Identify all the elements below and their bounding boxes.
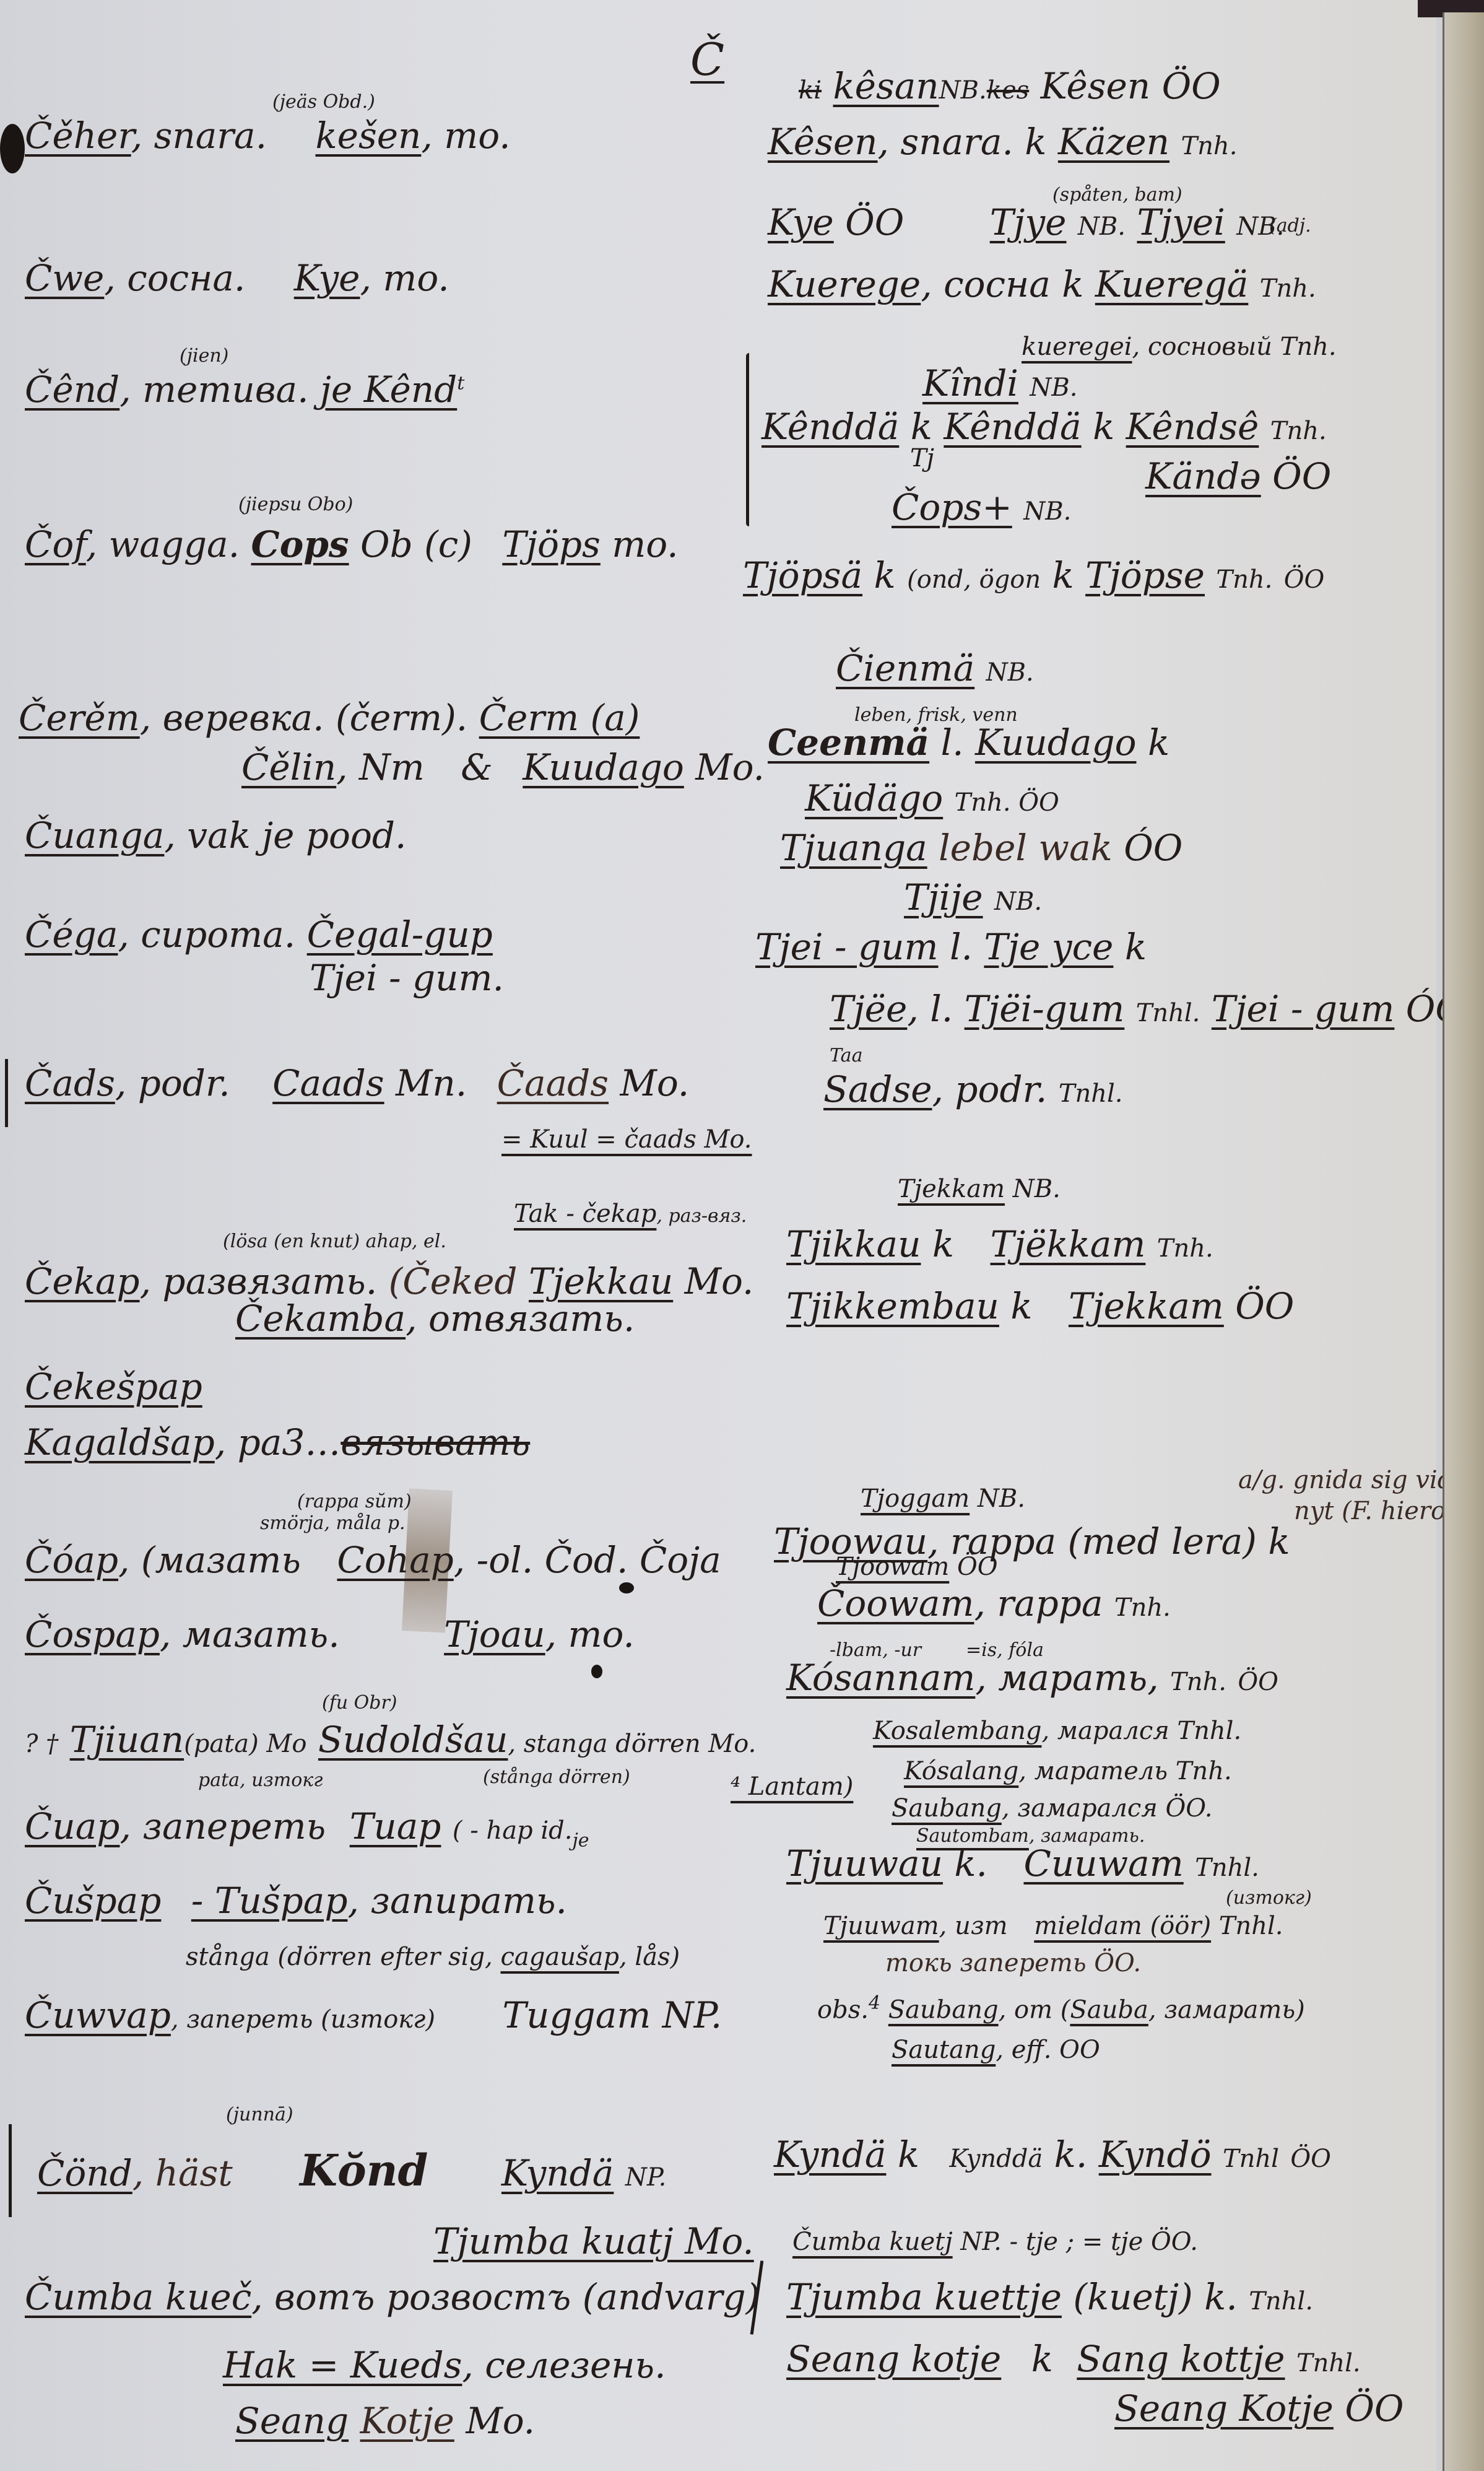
entry-hak-kueds: Hak = Kueds, селезень. <box>223 2347 666 2383</box>
gloss: , podr. <box>115 1062 230 1104</box>
conjunction: k. <box>1204 2276 1238 2318</box>
entry-seang-kotje: Seang Kotje Mo. <box>235 2403 535 2439</box>
entry-uanga: Čuanga, vak je pood. <box>25 817 406 853</box>
variant: Tjei - gum <box>1212 988 1395 1030</box>
headword: Čerěm <box>19 697 140 739</box>
entry-kuerege: Kuerege, сосна k Kueregä Tnh. <box>768 266 1316 302</box>
gloss: , тетива. <box>119 368 308 411</box>
gloss: , snara. <box>878 121 1013 163</box>
entry-saubang: Saubang, замарался ÖO. <box>892 1796 1212 1821</box>
conjunction: k. <box>1054 2133 1088 2176</box>
entry-coap: Čóap, (мазать Cohap, -ol. Čod. Čoja <box>25 1542 721 1578</box>
source: Tnh. <box>1170 1668 1226 1696</box>
source: Tnhl. <box>1059 1079 1123 1108</box>
source: mo. <box>612 523 678 565</box>
headword: Čönd <box>37 2152 132 2194</box>
variant: Čerm (a) <box>479 697 640 739</box>
source: Mo. <box>685 1260 754 1302</box>
variant: Kotje <box>360 2400 454 2442</box>
gloss: , маратель <box>1018 1757 1168 1785</box>
variant: - Tušpap <box>191 1880 348 1922</box>
variant: (Čeked <box>389 1260 518 1302</box>
entry-kenddak: Kênddä k Kênddä k Kêndsê Tnh. <box>762 409 1327 445</box>
annotation: (stånga dörren) <box>483 1768 630 1787</box>
gloss: (ond, ögon <box>907 565 1041 594</box>
variant: Tuggam <box>502 1994 651 2036</box>
gloss: , веревка. (čerm). <box>140 697 467 739</box>
headword: kêsan <box>833 65 939 107</box>
source: Mo. <box>466 2400 535 2442</box>
variant: Kyndä <box>501 2152 614 2194</box>
entry-seang-kotje-right: Seang kotje k Sang kottje Tnhl. <box>786 2341 1361 2377</box>
headword: Tjiuan <box>70 1719 184 1761</box>
entry-tjikkau: Tjikkau k Tjëkkam Tnh. <box>786 1226 1213 1262</box>
source: ÖO <box>845 201 904 243</box>
entry-kosannam: Kósannam, марать, Tnh. ÖO <box>786 1660 1278 1696</box>
annotation: ⁴ Lantam) <box>731 1774 853 1799</box>
gloss: lebel wak <box>939 827 1113 869</box>
source: Tnh. <box>1181 132 1237 160</box>
variant: Tjöpse <box>1085 554 1205 596</box>
gloss: , (мазать <box>118 1539 301 1581</box>
conjunction: k <box>1031 2338 1053 2380</box>
gloss: , l. <box>907 988 953 1030</box>
entry-sadse: Sadse, podr. Tnhl. <box>823 1071 1123 1107</box>
headword: Kêsen <box>768 121 878 163</box>
headword: Čělin <box>241 746 336 788</box>
gloss: , от ( <box>999 1995 1070 2024</box>
source: , mo. <box>421 115 510 157</box>
variant: Kueregä <box>1095 263 1249 305</box>
gloss: , snara. <box>131 115 267 157</box>
source: NP. <box>625 2163 667 2192</box>
headword: Seang kotje <box>786 2338 1001 2380</box>
entry-kandə: Kändə ÖO <box>1145 458 1331 494</box>
annotation: (jiepsu Obo) <box>238 495 353 514</box>
entry-tjee: Tjëe, l. Tjëi-gum Tnhl. Tjei - gum ÓO <box>830 991 1465 1027</box>
gloss: , отвязать. <box>406 1297 635 1340</box>
source: ÖO <box>1290 2145 1331 2173</box>
source: Tnhl. <box>1177 1717 1241 1745</box>
variant: Sauba <box>1070 1995 1148 2024</box>
variant: Tjëkkam <box>990 1223 1145 1265</box>
headword: Čekap <box>25 1260 140 1302</box>
headword: Tak - čekap <box>514 1200 656 1228</box>
gloss: , pa3… <box>215 1421 341 1463</box>
alternate: , -ol. Čod. Čoja <box>454 1539 721 1581</box>
entry-cekamba: Čekamba, отвязать. <box>235 1301 635 1336</box>
headword: Seang Kotje <box>1114 2387 1334 2430</box>
headword: Saubang <box>888 1995 999 2024</box>
entry-kindi: Kîndi NB. <box>922 365 1077 401</box>
variant: Čaads <box>497 1062 609 1104</box>
gloss: , запереть <box>119 1805 326 1847</box>
struck-text: ki <box>799 76 822 105</box>
headword: Tjekkam <box>898 1175 1005 1203</box>
source: NP. <box>662 1994 722 2036</box>
ink-blot <box>0 124 25 173</box>
source: Tnh. <box>1270 417 1327 445</box>
source: NB. <box>1013 1175 1061 1203</box>
entry-cienma: Čienmä NB. <box>836 650 1034 686</box>
source: Tnh. ÖO <box>955 788 1059 817</box>
variant: Kênddä <box>944 406 1081 448</box>
headword: Tjikkembau <box>786 1285 999 1327</box>
source: Tnh. <box>1216 565 1272 594</box>
entry-cumba-kuetj: Čumba kuetj NP. - tje ; = tje ÖO. <box>792 2229 1198 2254</box>
variant: Tjoau <box>444 1613 545 1655</box>
gloss: (kuetj) <box>1073 2276 1192 2318</box>
page-header-letter: Č <box>690 37 724 82</box>
book-page-edge <box>1443 12 1484 2471</box>
variant: Tjëi-gum <box>965 988 1125 1030</box>
variant: mieldam (öör) <box>1034 1912 1211 1940</box>
headword: Kósannam <box>786 1657 975 1699</box>
entry-kyndä: Kyndä k Kynddä k. Kyndö Tnhl ÖO <box>774 2137 1331 2172</box>
margin-bar <box>9 2124 12 2217</box>
subscript: je <box>572 1830 589 1852</box>
headword: Tjöpsä <box>743 554 862 596</box>
gloss: , сосна. <box>104 257 245 299</box>
alternate: , stanga dörren Mo. <box>508 1730 756 1758</box>
gloss: l. <box>941 721 964 764</box>
source: Tnhl. <box>1249 2287 1313 2316</box>
variant: Kye <box>294 257 360 299</box>
entry-kudago: Küdägo Tnh. ÖO <box>805 780 1059 816</box>
annotation: (jeäs Obd.) <box>272 93 375 111</box>
gloss: , вотъ розвостъ (andvarg) <box>251 2276 760 2318</box>
entry-tjuuwam-2: токь запереть ÖO. <box>885 1951 1141 1976</box>
headword: Čuap <box>25 1805 119 1847</box>
headword: Sadse <box>823 1068 932 1110</box>
conjunction: k <box>1062 263 1083 305</box>
source: NB. <box>1078 212 1126 241</box>
variant: Tuap <box>350 1805 441 1847</box>
conjunction: k <box>1125 926 1147 968</box>
entry-kueregei: kueregei, сосновый Tnh. <box>1022 334 1337 359</box>
annotation: pata, изтокг <box>198 1771 323 1790</box>
source: ÖO. <box>1165 1794 1212 1823</box>
variant: Sang kottje <box>1077 2338 1285 2380</box>
source: NB. <box>939 76 987 105</box>
source: ÖO <box>1284 565 1325 594</box>
headword: Čuanga <box>25 814 164 856</box>
entry-cospap: Čospap, мазать. Tjoau, mo. <box>25 1616 635 1652</box>
headword: Tjuuwau <box>786 1842 943 1885</box>
gloss: , марался <box>1041 1717 1169 1745</box>
ink-blot <box>619 1582 634 1593</box>
variant: Kŏnd <box>300 2145 428 2196</box>
variant: Kyndö <box>1099 2133 1212 2176</box>
gloss: , запереть (изтокг) <box>171 2005 435 2034</box>
entry-tjei-gum: Tjei - gum. <box>310 960 504 996</box>
source: NB. <box>1236 212 1284 241</box>
headword: Küdägo <box>805 777 943 819</box>
conjunction: k <box>1148 721 1169 764</box>
entry-sautang: Sautang, eff. OO <box>892 2037 1100 2062</box>
source: Tnh. <box>1280 333 1337 361</box>
source: NB. <box>986 658 1034 687</box>
gloss: , сирота. <box>118 913 295 956</box>
variant: Ob (c) <box>360 523 472 565</box>
conjunction: k <box>898 2133 919 2176</box>
source: , mo. <box>360 257 449 299</box>
variant: je Kênd <box>320 368 457 411</box>
superscript: 4 <box>869 1992 880 2014</box>
variant: Kêndsê <box>1126 406 1259 448</box>
variant: Cops <box>251 523 349 565</box>
gloss: , замарался <box>1002 1794 1158 1823</box>
variant: Kuudago <box>523 746 684 788</box>
headword: Tjumba kuettje <box>786 2276 1062 2318</box>
headword: Čumba kuetj <box>792 2228 953 2256</box>
entry-cekap: Čekap, развязать. (Čeked Tjekkau Mo. <box>25 1263 753 1299</box>
ampersand: & <box>461 746 493 788</box>
headword: Tjëe <box>830 988 907 1030</box>
source: , mo. <box>545 1613 635 1655</box>
conjunction: k <box>911 406 932 448</box>
alternate: , lås) <box>619 1943 680 1971</box>
entry-cof: Čof, wagga. Cops Ob (c) Tjöps mo. <box>25 526 679 562</box>
annotation: (junnā) <box>226 2106 293 2124</box>
gloss: , häst <box>132 2152 233 2194</box>
headword: Čušpap <box>25 1880 161 1922</box>
variant: Caads <box>272 1062 384 1104</box>
entry-obs-saubang: obs.4 Saubang, от (Sauba, замарать) <box>817 1994 1305 2022</box>
conjunction: k <box>1052 554 1074 596</box>
entry-kye: Kye ÖO Tjye NB. Tjyei NB. <box>768 204 1284 240</box>
gloss: , podr. <box>932 1068 1048 1110</box>
struck-text: kes <box>987 76 1029 105</box>
headword: Čwe <box>25 257 104 299</box>
gloss: , rappa <box>974 1582 1103 1624</box>
source: Mn. <box>396 1062 467 1104</box>
variant: Cohap <box>337 1539 453 1581</box>
headword: Čospap <box>25 1613 160 1655</box>
headword: Kye <box>768 201 834 243</box>
margin-bar <box>5 1059 8 1127</box>
source: ÖO <box>1238 1668 1278 1696</box>
source: ÖO <box>1162 65 1221 107</box>
entry-cekespap: Čekešpap <box>25 1369 202 1405</box>
entry-tjuuwam: Tjuuwam, изт mieldam (öör) Tnhl. <box>823 1914 1283 1938</box>
gloss: , vak je pood. <box>164 814 406 856</box>
superscript: t <box>457 373 464 394</box>
conjunction: k <box>932 1223 954 1265</box>
gloss: (pata) Mo <box>184 1730 306 1758</box>
headword: Kósalang <box>904 1757 1018 1785</box>
headword: Čads <box>25 1062 115 1104</box>
alternate: , замарать) <box>1148 1995 1305 2024</box>
headword: Tjuuwam <box>823 1912 939 1940</box>
source: Tnhl. <box>1136 999 1200 1027</box>
ink-blot <box>591 1665 602 1678</box>
entry-kosalang: Kósalang, маратель Tnh. <box>904 1759 1232 1784</box>
variant: Čegal-gup <box>307 913 493 956</box>
gloss: , селезень. <box>462 2344 666 2386</box>
headword: Čóap <box>25 1539 118 1581</box>
entry-cerem: Čerěm, веревка. (čerm). Čerm (a) <box>19 700 640 736</box>
source: ÓO <box>1124 827 1182 869</box>
headword: Saubang <box>892 1794 1002 1823</box>
annotation: (rappa sŭm) <box>297 1493 412 1511</box>
entry-ceher: Čěher, snara. kešen, mo. <box>25 118 511 154</box>
variant: Tjye <box>990 201 1067 243</box>
prefix: obs. <box>817 1995 869 2024</box>
headword: Čěher <box>25 115 131 157</box>
entry-kesen: Kêsen, snara. k Käzen Tnh. <box>768 124 1237 160</box>
source: Tnh. <box>1260 274 1316 303</box>
bracket-mark <box>746 353 749 526</box>
variant: Tjekkau <box>529 1260 673 1302</box>
headword: Tjikkau <box>786 1223 921 1265</box>
headword: Kändə <box>1145 455 1261 497</box>
entry-cuap: Čuap, запереть Tuap ( - hap id.je <box>25 1808 589 1850</box>
conjunction: k <box>1268 1520 1290 1562</box>
entry-coowam: Čoowam, rappa Tnh. <box>817 1585 1171 1621</box>
variant: Kynddä <box>949 2145 1043 2173</box>
variant: Tjekkam <box>1069 1285 1224 1327</box>
variant: Sudoldšau <box>318 1719 508 1761</box>
source: Tnh. <box>1114 1593 1171 1622</box>
entry-seang-kotje-oo: Seang Kotje ÖO <box>1114 2390 1404 2426</box>
headword: Čienmä <box>836 647 974 689</box>
alternate: - tje ; = tje ÖO. <box>1010 2228 1198 2256</box>
headword: Kuerege <box>768 263 921 305</box>
variant: Kêsen <box>1041 65 1151 107</box>
entry-kesan: ki kêsanNB.kes Kêsen ÖO <box>799 68 1221 104</box>
source: ÖO <box>1345 2387 1404 2430</box>
alternate: ( - hap id. <box>453 1816 573 1845</box>
source: NB. <box>978 1484 1025 1513</box>
superscript: Tj <box>910 446 934 471</box>
variant: cagaušap <box>500 1943 618 1971</box>
source: NP. <box>960 2228 1002 2256</box>
entry-cwe: Čwe, сосна. Kye, mo. <box>25 260 449 296</box>
variant: Kuudago <box>975 721 1137 764</box>
gloss: , марать, <box>975 1657 1158 1699</box>
prefix-mark: ? † <box>25 1730 58 1758</box>
conjunction: k <box>1010 1285 1032 1327</box>
gloss: , изт <box>939 1912 1008 1940</box>
gloss: l. <box>950 926 973 968</box>
source: NB. <box>1030 373 1077 402</box>
gloss: stånga (dörren efter sig, <box>186 1943 493 1971</box>
headword: Kyndä <box>774 2133 886 2176</box>
annotation: (jien) <box>180 347 228 365</box>
gloss: , сосна <box>921 263 1051 305</box>
entry-tjije: Tjije NB. <box>904 879 1042 915</box>
conjunction: k <box>1093 406 1114 448</box>
entry-tjoggam: Tjoggam NB. <box>861 1486 1025 1511</box>
headword: Tjuanga <box>780 827 927 869</box>
headword: Kosalembang <box>873 1717 1041 1745</box>
source: Tnhl. <box>1296 2349 1361 2377</box>
entry-tjei-gum-right: Tjei - gum l. Tje yce k <box>755 929 1147 965</box>
entry-tjekkam-nb: Tjekkam NB. <box>898 1177 1061 1201</box>
conjunction: k. <box>954 1842 987 1885</box>
headword: Kagaldšap <box>25 1421 215 1463</box>
entry-stanga: stånga (dörren efter sig, cagaušap, lås) <box>186 1945 680 1969</box>
headword: Seang <box>235 2400 349 2442</box>
variant: Tje yce <box>984 926 1113 968</box>
variant: Käzen <box>1058 121 1169 163</box>
variant: Tjöps <box>502 523 600 565</box>
source: Tnhl. <box>1195 1854 1259 1882</box>
entry-cads: Čads, podr. Caads Mn. Čaads Mo. <box>25 1065 689 1101</box>
gloss: , развязать. <box>140 1260 378 1302</box>
source: Tnh. <box>1157 1234 1213 1263</box>
source: NB. <box>1023 497 1071 526</box>
source: Tnhl <box>1223 2145 1279 2173</box>
headword: Tjoggam <box>861 1484 970 1513</box>
entry-kagaldsap: Kagaldšap, pa3…вязывать <box>25 1424 530 1460</box>
gloss: , мазать. <box>160 1613 340 1655</box>
conjunction: k <box>874 554 896 596</box>
headword: Sautang <box>892 2036 996 2064</box>
headword: Čuwvap <box>25 1994 171 2036</box>
source: Tnhl. <box>1219 1912 1283 1940</box>
source: Mo. <box>620 1062 690 1104</box>
source: Mo. <box>695 746 765 788</box>
headword: Ceenmä <box>768 721 929 764</box>
entry-cuspap: Čušpap - Tušpap, запирать. <box>25 1883 567 1919</box>
manuscript-page: Č (jeäs Obd.) Čěher, snara. kešen, mo. Č… <box>0 0 1436 2471</box>
entry-tjops: Čops+ NB. <box>892 489 1071 525</box>
entry-tjiuan: ? † Tjiuan(pata) Mo Sudoldšau, stanga dö… <box>25 1722 756 1758</box>
entry-kosalembang: Kosalembang, марался Tnhl. <box>873 1719 1241 1743</box>
entry-celin: Čělin, Nm & Kuudago Mo. <box>241 749 765 785</box>
headword: Tjije <box>904 876 983 918</box>
headword: Čoowam <box>817 1582 974 1624</box>
annotation: (изтокг) <box>1226 1889 1312 1907</box>
entry-kuul-caads: = Kuul = čaads Mo. <box>501 1127 752 1152</box>
entry-cend: Čênd, тетива. je Kêndt <box>25 372 464 407</box>
entry-cumba: Čumba kueč, вотъ розвостъ (andvarg) <box>25 2279 760 2315</box>
entry-tjuanga: Tjuanga lebel wak ÓO <box>780 830 1182 866</box>
gloss: , paз-вяз. <box>656 1205 747 1227</box>
entry-tjumba-kuettje: Tjumba kuettje (kuetj) k. Tnhl. <box>786 2279 1313 2315</box>
superscript: Taa <box>830 1047 862 1065</box>
source: ÖO <box>1272 455 1331 497</box>
headword: Čops+ <box>892 486 1012 528</box>
gloss: , Nm <box>336 746 425 788</box>
variant: Tjyei <box>1137 201 1225 243</box>
gloss: , сосновый <box>1132 333 1272 361</box>
gloss: , запирать. <box>347 1880 567 1922</box>
headword: Tjoowam <box>836 1553 949 1581</box>
entry-cond: Čönd, häst Kŏnd Kyndä NP. <box>37 2149 666 2192</box>
conjunction: k <box>1025 121 1046 163</box>
entry-tak-cekap: Tak - čekap, paз-вяз. <box>514 1201 747 1226</box>
headword: Tjei - gum <box>755 926 939 968</box>
variant: Cuuwam <box>1023 1842 1183 1885</box>
annotation: (fu Obr) <box>322 1694 397 1712</box>
headword: Čéga <box>25 913 118 956</box>
source: ÖO <box>957 1553 998 1581</box>
headword: Čof <box>25 523 86 565</box>
entry-tjoowam-oo: Tjoowam ÖO <box>836 1554 998 1579</box>
source: ÖO <box>1235 1285 1294 1327</box>
entry-ceenma: Ceenmä l. Kuudago k <box>768 725 1169 760</box>
headword: Čênd <box>25 368 119 411</box>
entry-cega: Čéga, сирота. Čegal-gup <box>25 917 493 952</box>
struck-text: вязывать <box>341 1421 530 1463</box>
headword: Čumba kueč <box>25 2276 251 2318</box>
entry-tjopsa: Tjöpsä k (ond, ögon k Tjöpse Tnh. ÖO <box>743 557 1324 593</box>
gloss: , eff. OO <box>996 2036 1100 2064</box>
variant: kešen <box>315 115 421 157</box>
